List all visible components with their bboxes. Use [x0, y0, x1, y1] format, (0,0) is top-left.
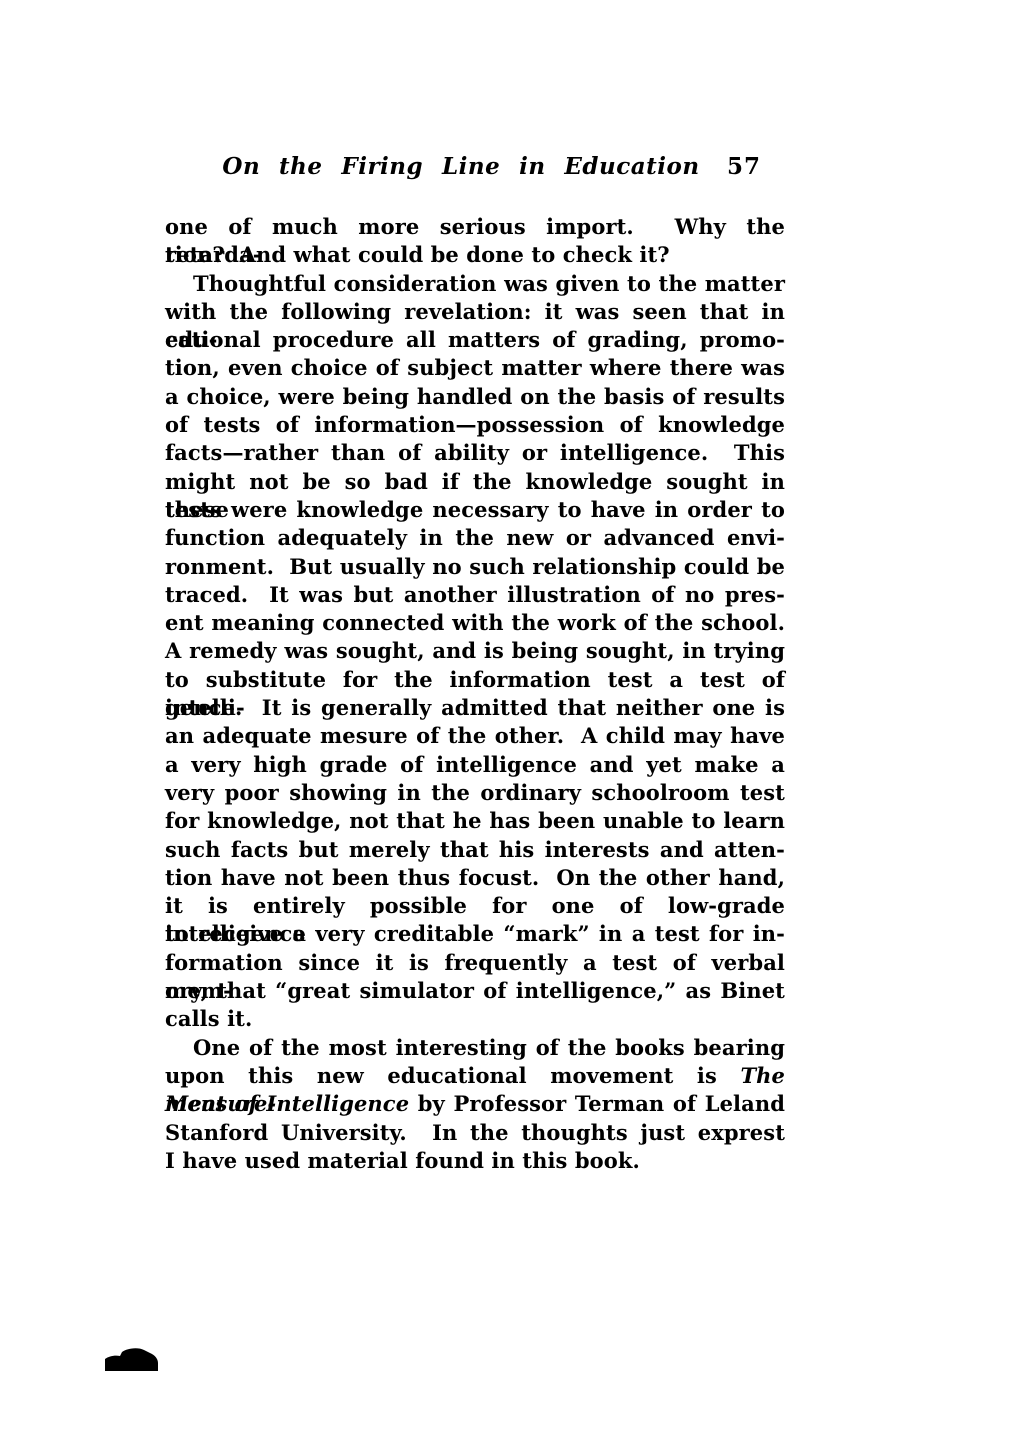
text-line: A remedy was sought, and is being sought… — [165, 637, 785, 665]
text-line: ronment. But usually no such relationshi… — [165, 553, 785, 581]
text-line: One of the most interesting of the books… — [165, 1034, 785, 1062]
text-line: facts—rather than of ability or intellig… — [165, 439, 785, 467]
text-line: a choice, were being handled on the basi… — [165, 383, 785, 411]
text-line: ent meaning connected with the work of t… — [165, 609, 785, 637]
body-text: one of much more serious import. Why the… — [165, 213, 785, 1175]
text-line: traced. It was but another illustration … — [165, 581, 785, 609]
text-line: for knowledge, not that he has been unab… — [165, 807, 785, 835]
text-line: it is entirely possible for one of low-g… — [165, 892, 785, 920]
text-line: Stanford University. In the thoughts jus… — [165, 1119, 785, 1147]
text-line: might not be so bad if the knowledge sou… — [165, 468, 785, 496]
text-line: one of much more serious import. Why the… — [165, 213, 785, 241]
text-line: function adequately in the new or advanc… — [165, 524, 785, 552]
text-line: ory, that “great simulator of intelligen… — [165, 977, 785, 1005]
text-line: tests were knowledge necessary to have i… — [165, 496, 785, 524]
text-line: Thoughtful consideration was given to th… — [165, 270, 785, 298]
text-line: tion? And what could be done to check it… — [165, 241, 785, 269]
text-line: to receive a very creditable “mark” in a… — [165, 920, 785, 948]
page-header: On the Firing Line in Education 57 — [165, 153, 785, 187]
running-title: On the Firing Line in Education — [151, 153, 771, 180]
text-line: tion have not been thus focust. On the o… — [165, 864, 785, 892]
text-line: I have used material found in this book. — [165, 1147, 785, 1175]
text-line: with the following revelation: it was se… — [165, 298, 785, 326]
text-line: cational procedure all matters of gradin… — [165, 326, 785, 354]
text-line: gence. It is generally admitted that nei… — [165, 694, 785, 722]
text-line: very poor showing in the ordinary school… — [165, 779, 785, 807]
text-line: of tests of information—possession of kn… — [165, 411, 785, 439]
text-line: calls it. — [165, 1005, 785, 1033]
text-line: a very high grade of intelligence and ye… — [165, 751, 785, 779]
text-line: such facts but merely that his interests… — [165, 836, 785, 864]
text-line: upon this new educational movement is Th… — [165, 1062, 785, 1090]
ink-smudge — [103, 1346, 159, 1372]
text-line: tion, even choice of subject matter wher… — [165, 354, 785, 382]
text-line: formation since it is frequently a test … — [165, 949, 785, 977]
text-line: to substitute for the information test a… — [165, 666, 785, 694]
text-line: ment of Intelligence by Professor Terman… — [165, 1090, 785, 1118]
text-line: an adequate mesure of the other. A child… — [165, 722, 785, 750]
page-number: 57 — [727, 153, 761, 180]
